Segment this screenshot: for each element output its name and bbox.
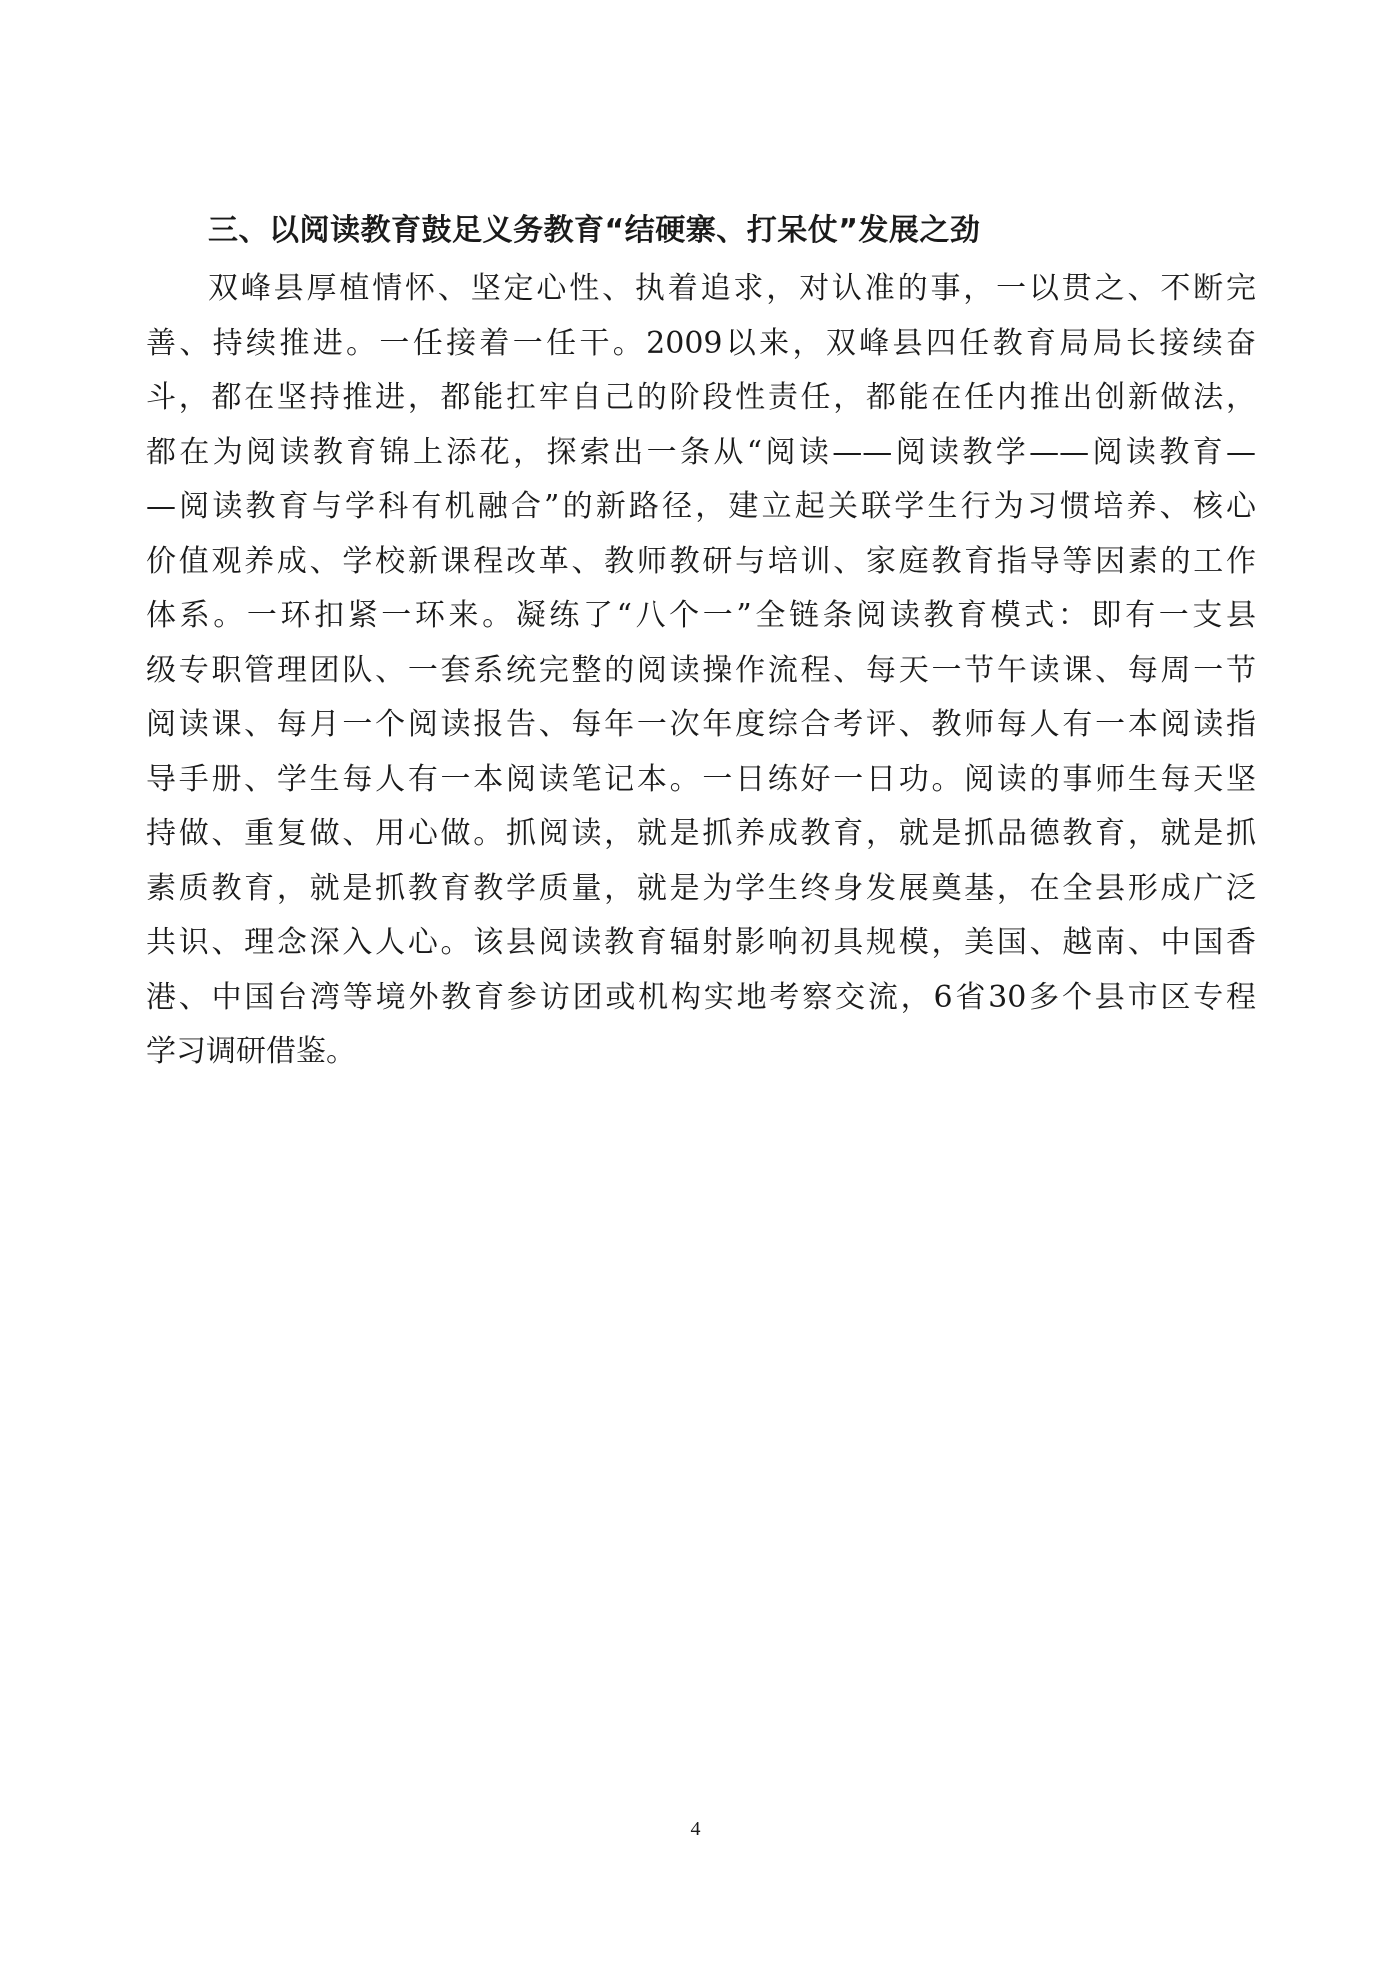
paragraph-line: 阅读课、每月一个阅读报告、每年一次年度综合考评、教师每人有一本阅读指 <box>146 698 1256 753</box>
paragraph-line: 体系。一环扣紧一环来。凝练了“八个一”全链条阅读教育模式：即有一支县 <box>146 589 1256 644</box>
paragraph-line: 双峰县厚植情怀、坚定心性、执着追求，对认准的事，一以贯之、不断完 <box>146 262 1256 317</box>
page-number: 4 <box>0 1818 1391 1841</box>
paragraph-line: 持做、重复做、用心做。抓阅读，就是抓养成教育，就是抓品德教育，就是抓 <box>146 807 1256 862</box>
paragraph-line: 港、中国台湾等境外教育参访团或机构实地考察交流，6省30多个县市区专程 <box>146 971 1256 1026</box>
paragraph-line: 素质教育，就是抓教育教学质量，就是为学生终身发展奠基，在全县形成广泛 <box>146 862 1256 917</box>
section-heading: 三、以阅读教育鼓足义务教育“结硬寨、打呆仗”发展之劲 <box>208 205 980 249</box>
paragraph-line: 善、持续推进。一任接着一任干。2009以来，双峰县四任教育局局长接续奋 <box>146 317 1256 372</box>
paragraph-line: 斗，都在坚持推进，都能扛牢自己的阶段性责任，都能在任内推出创新做法， <box>146 371 1256 426</box>
document-page: 三、以阅读教育鼓足义务教育“结硬寨、打呆仗”发展之劲 双峰县厚植情怀、坚定心性、… <box>0 0 1391 1965</box>
paragraph-line: 级专职管理团队、一套系统完整的阅读操作流程、每天一节午读课、每周一节 <box>146 644 1256 699</box>
body-paragraph: 双峰县厚植情怀、坚定心性、执着追求，对认准的事，一以贯之、不断完 善、持续推进。… <box>146 262 1256 1080</box>
paragraph-line: 导手册、学生每人有一本阅读笔记本。一日练好一日功。阅读的事师生每天坚 <box>146 753 1256 808</box>
paragraph-line: 价值观养成、学校新课程改革、教师教研与培训、家庭教育指导等因素的工作 <box>146 535 1256 590</box>
paragraph-line: —阅读教育与学科有机融合”的新路径，建立起关联学生行为习惯培养、核心 <box>146 480 1256 535</box>
paragraph-line: 学习调研借鉴。 <box>146 1025 1256 1080</box>
paragraph-line: 都在为阅读教育锦上添花，探索出一条从“阅读——阅读教学——阅读教育— <box>146 426 1256 481</box>
paragraph-line: 共识、理念深入人心。该县阅读教育辐射影响初具规模，美国、越南、中国香 <box>146 916 1256 971</box>
